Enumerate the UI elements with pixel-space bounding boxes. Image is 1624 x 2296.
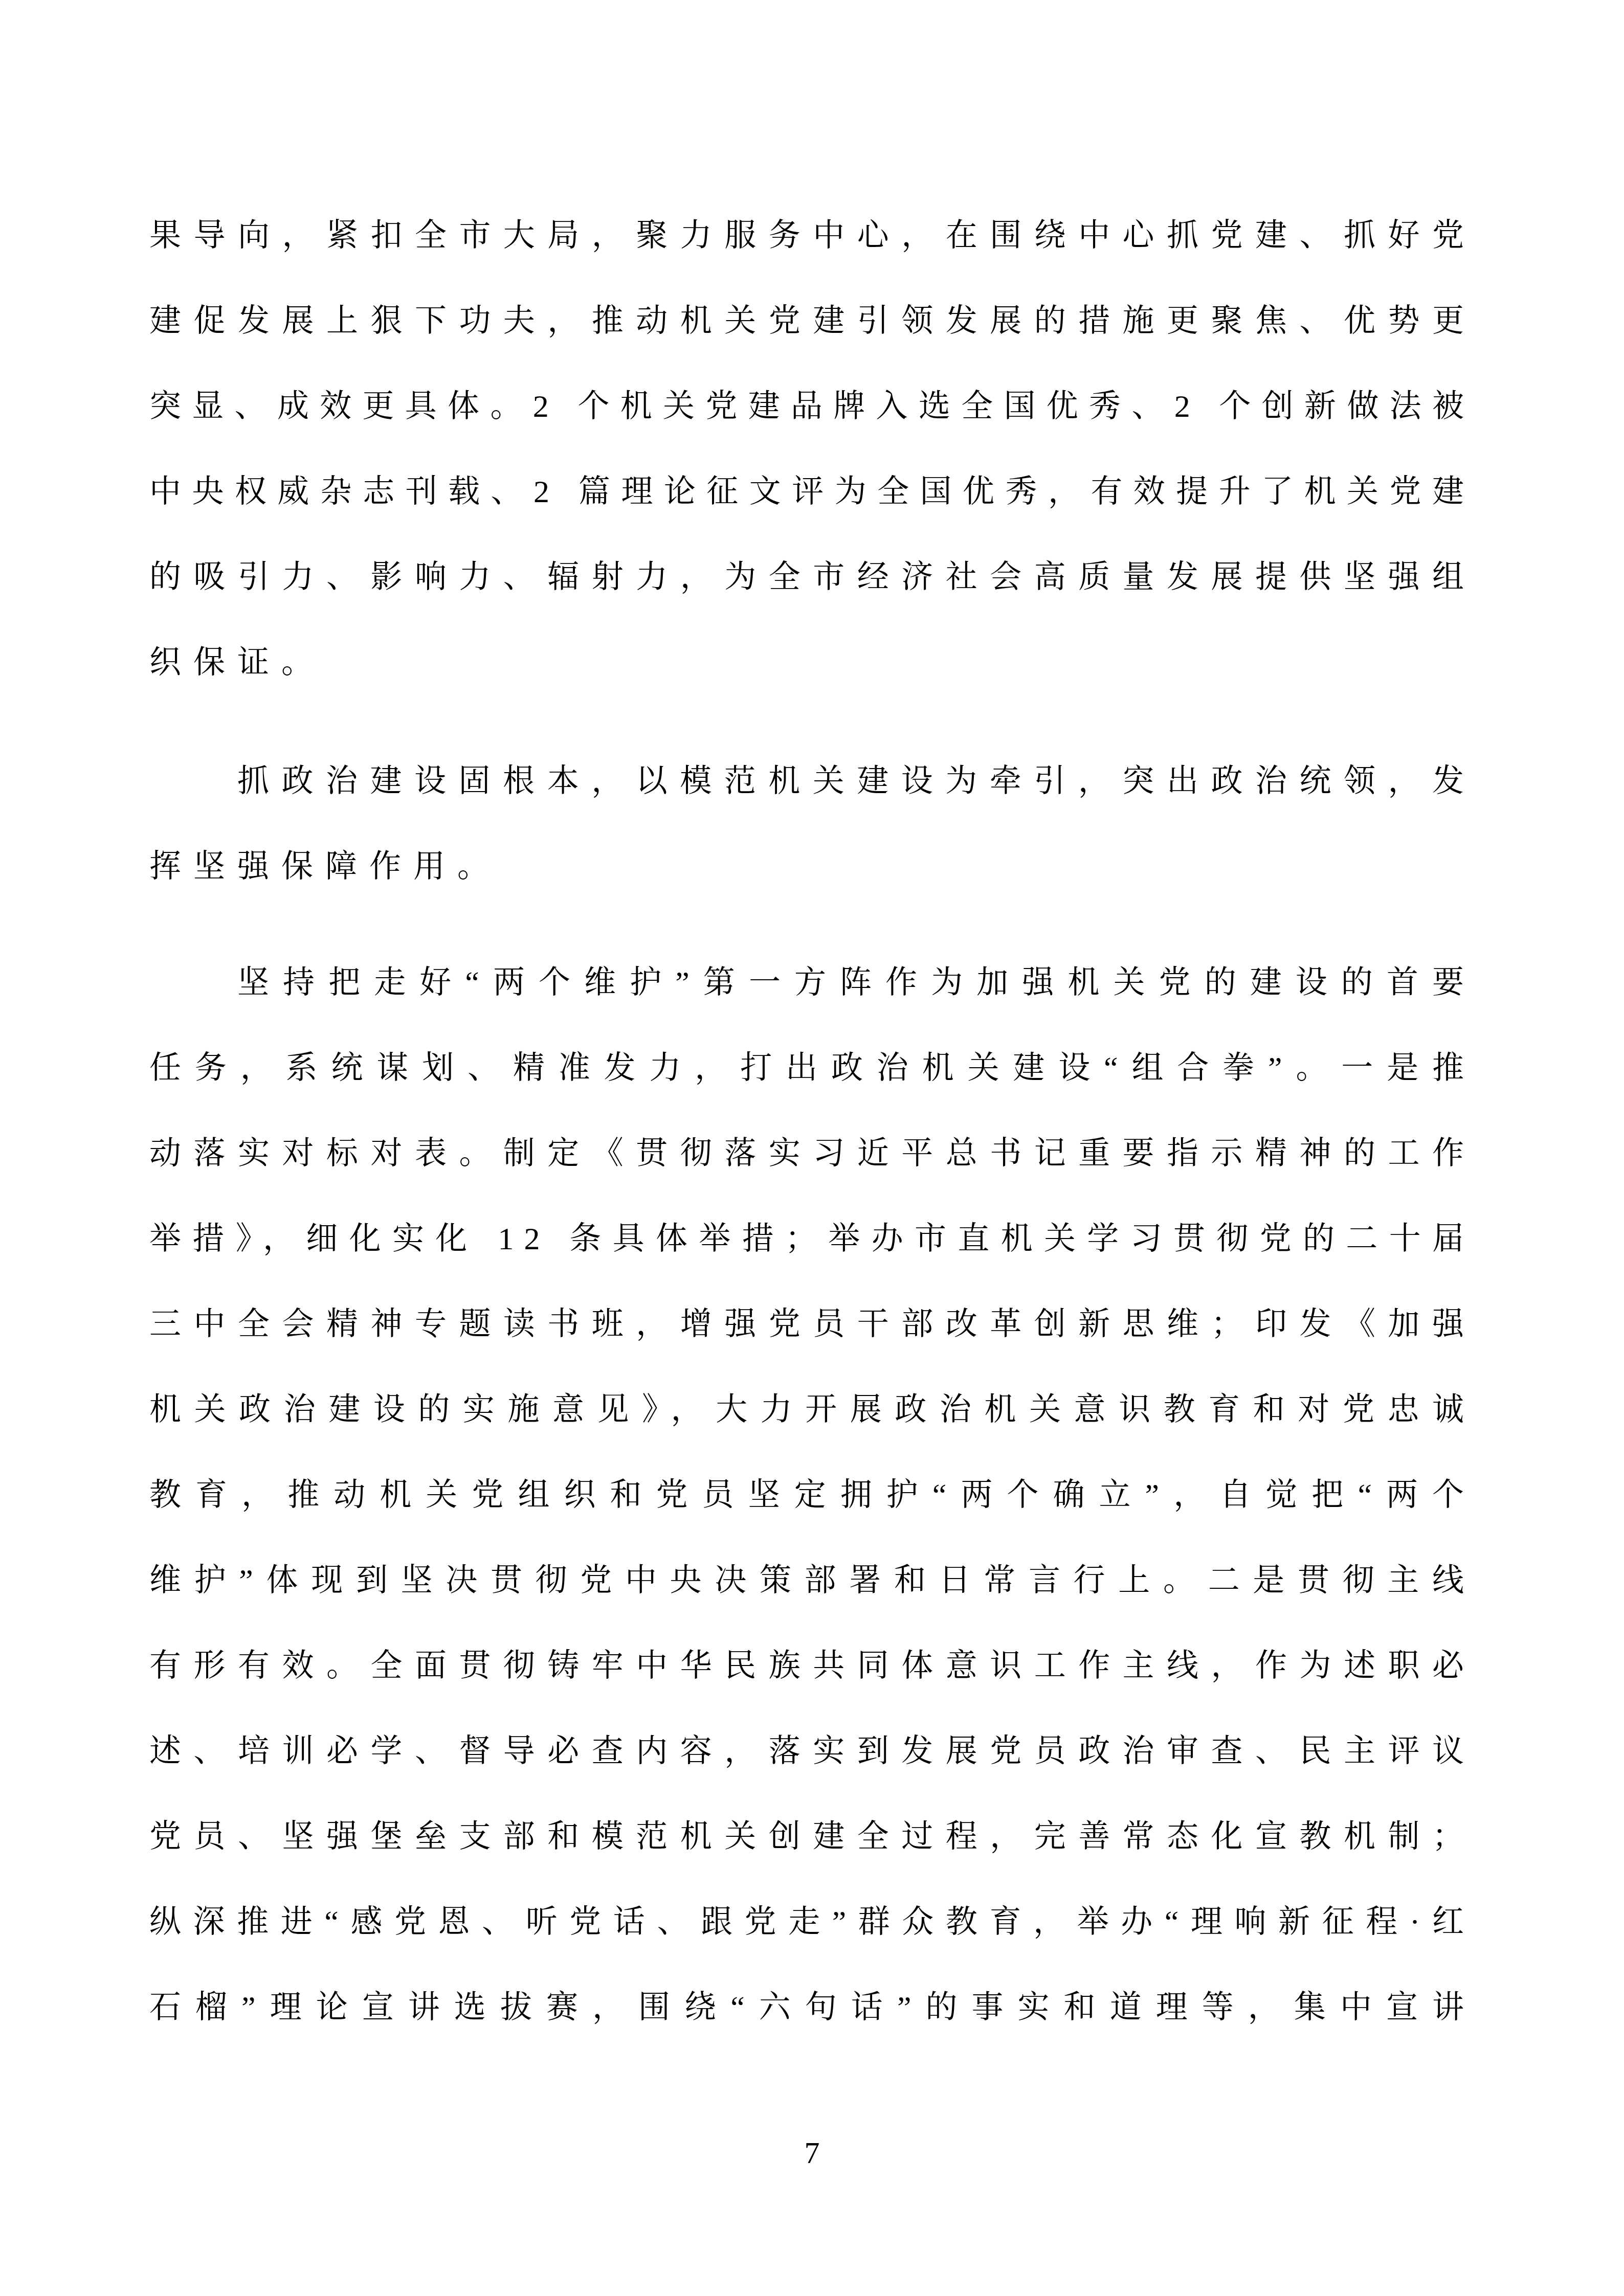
text-line: 果导向，紧扣全市大局，聚力服务中心，在围绕中心抓党建、抓好党	[149, 193, 1474, 279]
text-line: 任务，系统谋划、精准发力，打出政治机关建设“组合拳”。一是推	[149, 1026, 1474, 1111]
text-line: 动落实对标对表。制定《贯彻落实习近平总书记重要指示精神的工作	[149, 1111, 1474, 1197]
paragraph-2: 抓政治建设固根本，以模范机关建设为牵引，突出政治统领，发 挥坚强保障作用。	[149, 739, 1474, 910]
text-line: 述、培训必学、督导必查内容，落实到发展党员政治审查、民主评议	[149, 1709, 1474, 1794]
text-line: 突显、成效更具体。2 个机关党建品牌入选全国优秀、2 个创新做法被	[149, 364, 1474, 449]
page-number: 7	[0, 2137, 1624, 2168]
text-line: 维护”体现到坚决贯彻党中央决策部署和日常言行上。二是贯彻主线	[149, 1538, 1474, 1624]
text-line: 机关政治建设的实施意见》，大力开展政治机关意识教育和对党忠诚	[149, 1367, 1474, 1453]
paragraph-3: 坚持把走好“两个维护”第一方阵作为加强机关党的建设的首要 任务，系统谋划、精准发…	[149, 940, 1474, 2051]
text-line: 石榴”理论宣讲选拔赛，围绕“六句话”的事实和道理等，集中宣讲	[149, 1965, 1474, 2051]
text-line: 纵深推进“感党恩、听党话、跟党走”群众教育，举办“理响新征程·红	[149, 1880, 1474, 1965]
text-line: 坚持把走好“两个维护”第一方阵作为加强机关党的建设的首要	[149, 940, 1474, 1026]
text-line: 织保证。	[149, 620, 1474, 706]
document-page: 果导向，紧扣全市大局，聚力服务中心，在围绕中心抓党建、抓好党 建促发展上狠下功夫…	[0, 0, 1624, 2296]
text-line: 党员、坚强堡垒支部和模范机关创建全过程，完善常态化宣教机制；	[149, 1794, 1474, 1880]
paragraph-1: 果导向，紧扣全市大局，聚力服务中心，在围绕中心抓党建、抓好党 建促发展上狠下功夫…	[149, 193, 1474, 706]
text-line: 有形有效。全面贯彻铸牢中华民族共同体意识工作主线，作为述职必	[149, 1624, 1474, 1709]
document-text-block: 果导向，紧扣全市大局，聚力服务中心，在围绕中心抓党建、抓好党 建促发展上狠下功夫…	[149, 193, 1474, 2051]
text-line: 挥坚强保障作用。	[149, 824, 1474, 910]
text-line: 举措》，细化实化 12 条具体举措；举办市直机关学习贯彻党的二十届	[149, 1197, 1474, 1282]
text-line: 建促发展上狠下功夫，推动机关党建引领发展的措施更聚焦、优势更	[149, 279, 1474, 364]
text-line: 三中全会精神专题读书班，增强党员干部改革创新思维；印发《加强	[149, 1282, 1474, 1367]
text-line: 中央权威杂志刊载、2 篇理论征文评为全国优秀，有效提升了机关党建	[149, 449, 1474, 535]
text-line: 抓政治建设固根本，以模范机关建设为牵引，突出政治统领，发	[149, 739, 1474, 824]
text-line: 教育，推动机关党组织和党员坚定拥护“两个确立”，自觉把“两个	[149, 1453, 1474, 1538]
text-line: 的吸引力、影响力、辐射力，为全市经济社会高质量发展提供坚强组	[149, 535, 1474, 620]
